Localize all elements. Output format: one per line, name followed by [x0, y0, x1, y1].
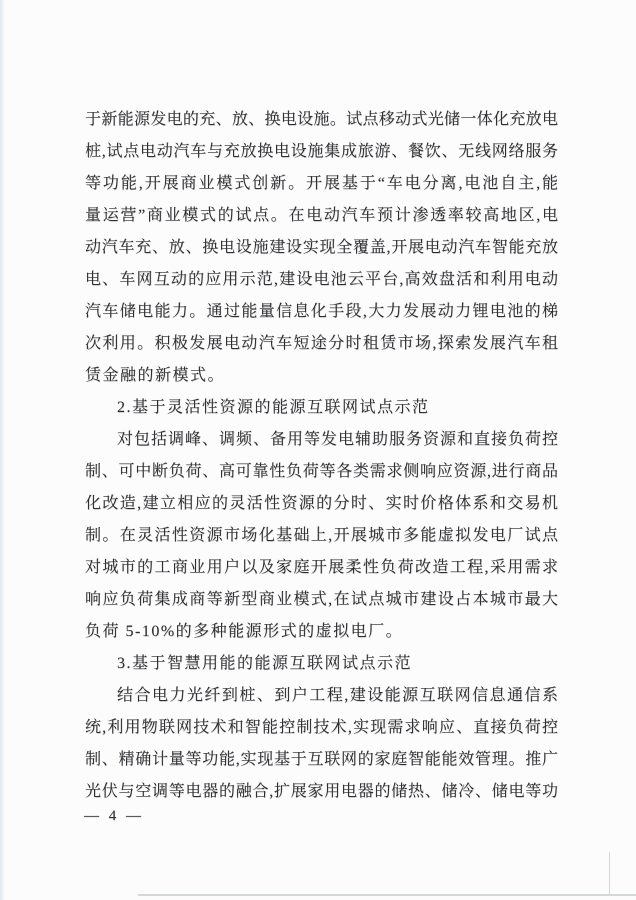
text-line: 电、车网互动的应用示范,建设电池云平台,高效盘活和利用电动: [85, 264, 558, 296]
scan-line-right: [609, 852, 610, 894]
text-block: 于新能源发电的充、放、换电设施。试点移动式光储一体化充放电桩,试点电动汽车与充放…: [85, 104, 558, 808]
text-line: 赁金融的新模式。: [85, 360, 558, 392]
scanned-document-page: 于新能源发电的充、放、换电设施。试点移动式光储一体化充放电桩,试点电动汽车与充放…: [0, 0, 636, 900]
text-line: 负荷 5-10%的多种能源形式的虚拟电厂。: [85, 616, 558, 648]
text-line: 次利用。积极发展电动汽车短途分时租赁市场,探索发展汽车租: [85, 328, 558, 360]
text-line: 结合电力光纤到桩、到户工程,建设能源互联网信息通信系: [85, 680, 558, 712]
text-line: 汽车储电能力。通过能量信息化手段,大力发展动力锂电池的梯: [85, 296, 558, 328]
scan-edge-left: [0, 0, 5, 900]
text-line: 于新能源发电的充、放、换电设施。试点移动式光储一体化充放电: [85, 104, 558, 136]
text-line: 桩,试点电动汽车与充放换电设施集成旅游、餐饮、无线网络服务: [85, 136, 558, 168]
section-heading: 2.基于灵活性资源的能源互联网试点示范: [85, 392, 558, 424]
text-line: 制、精确计量等功能,实现基于互联网的家庭智能能效管理。推广: [85, 744, 558, 776]
text-line: 化改造,建立相应的灵活性资源的分时、实时价格体系和交易机: [85, 488, 558, 520]
text-line: 对包括调峰、调频、备用等发电辅助服务资源和直接负荷控: [85, 424, 558, 456]
page-number: — 4 —: [84, 801, 144, 831]
text-line: 量运营”商业模式的试点。在电动汽车预计渗透率较高地区,电: [85, 200, 558, 232]
text-line: 等功能,开展商业模式创新。开展基于“车电分离,电池自主,能: [85, 168, 558, 200]
text-line: 响应负荷集成商等新型商业模式,在试点城市建设占本城市最大: [85, 584, 558, 616]
text-line: 光伏与空调等电器的融合,扩展家用电器的储热、储冷、储电等功: [85, 776, 558, 808]
scan-line-bottom: [138, 894, 636, 896]
text-line: 制、可中断负荷、高可靠性负荷等各类需求侧响应资源,进行商品: [85, 456, 558, 488]
section-heading: 3.基于智慧用能的能源互联网试点示范: [85, 648, 558, 680]
text-line: 统,利用物联网技术和智能控制技术,实现需求响应、直接负荷控: [85, 712, 558, 744]
text-line: 制。在灵活性资源市场化基础上,开展城市多能虚拟发电厂试点: [85, 520, 558, 552]
text-line: 动汽车充、放、换电设施建设实现全覆盖,开展电动汽车智能充放: [85, 232, 558, 264]
text-line: 对城市的工商业用户以及家庭开展柔性负荷改造工程,采用需求: [85, 552, 558, 584]
